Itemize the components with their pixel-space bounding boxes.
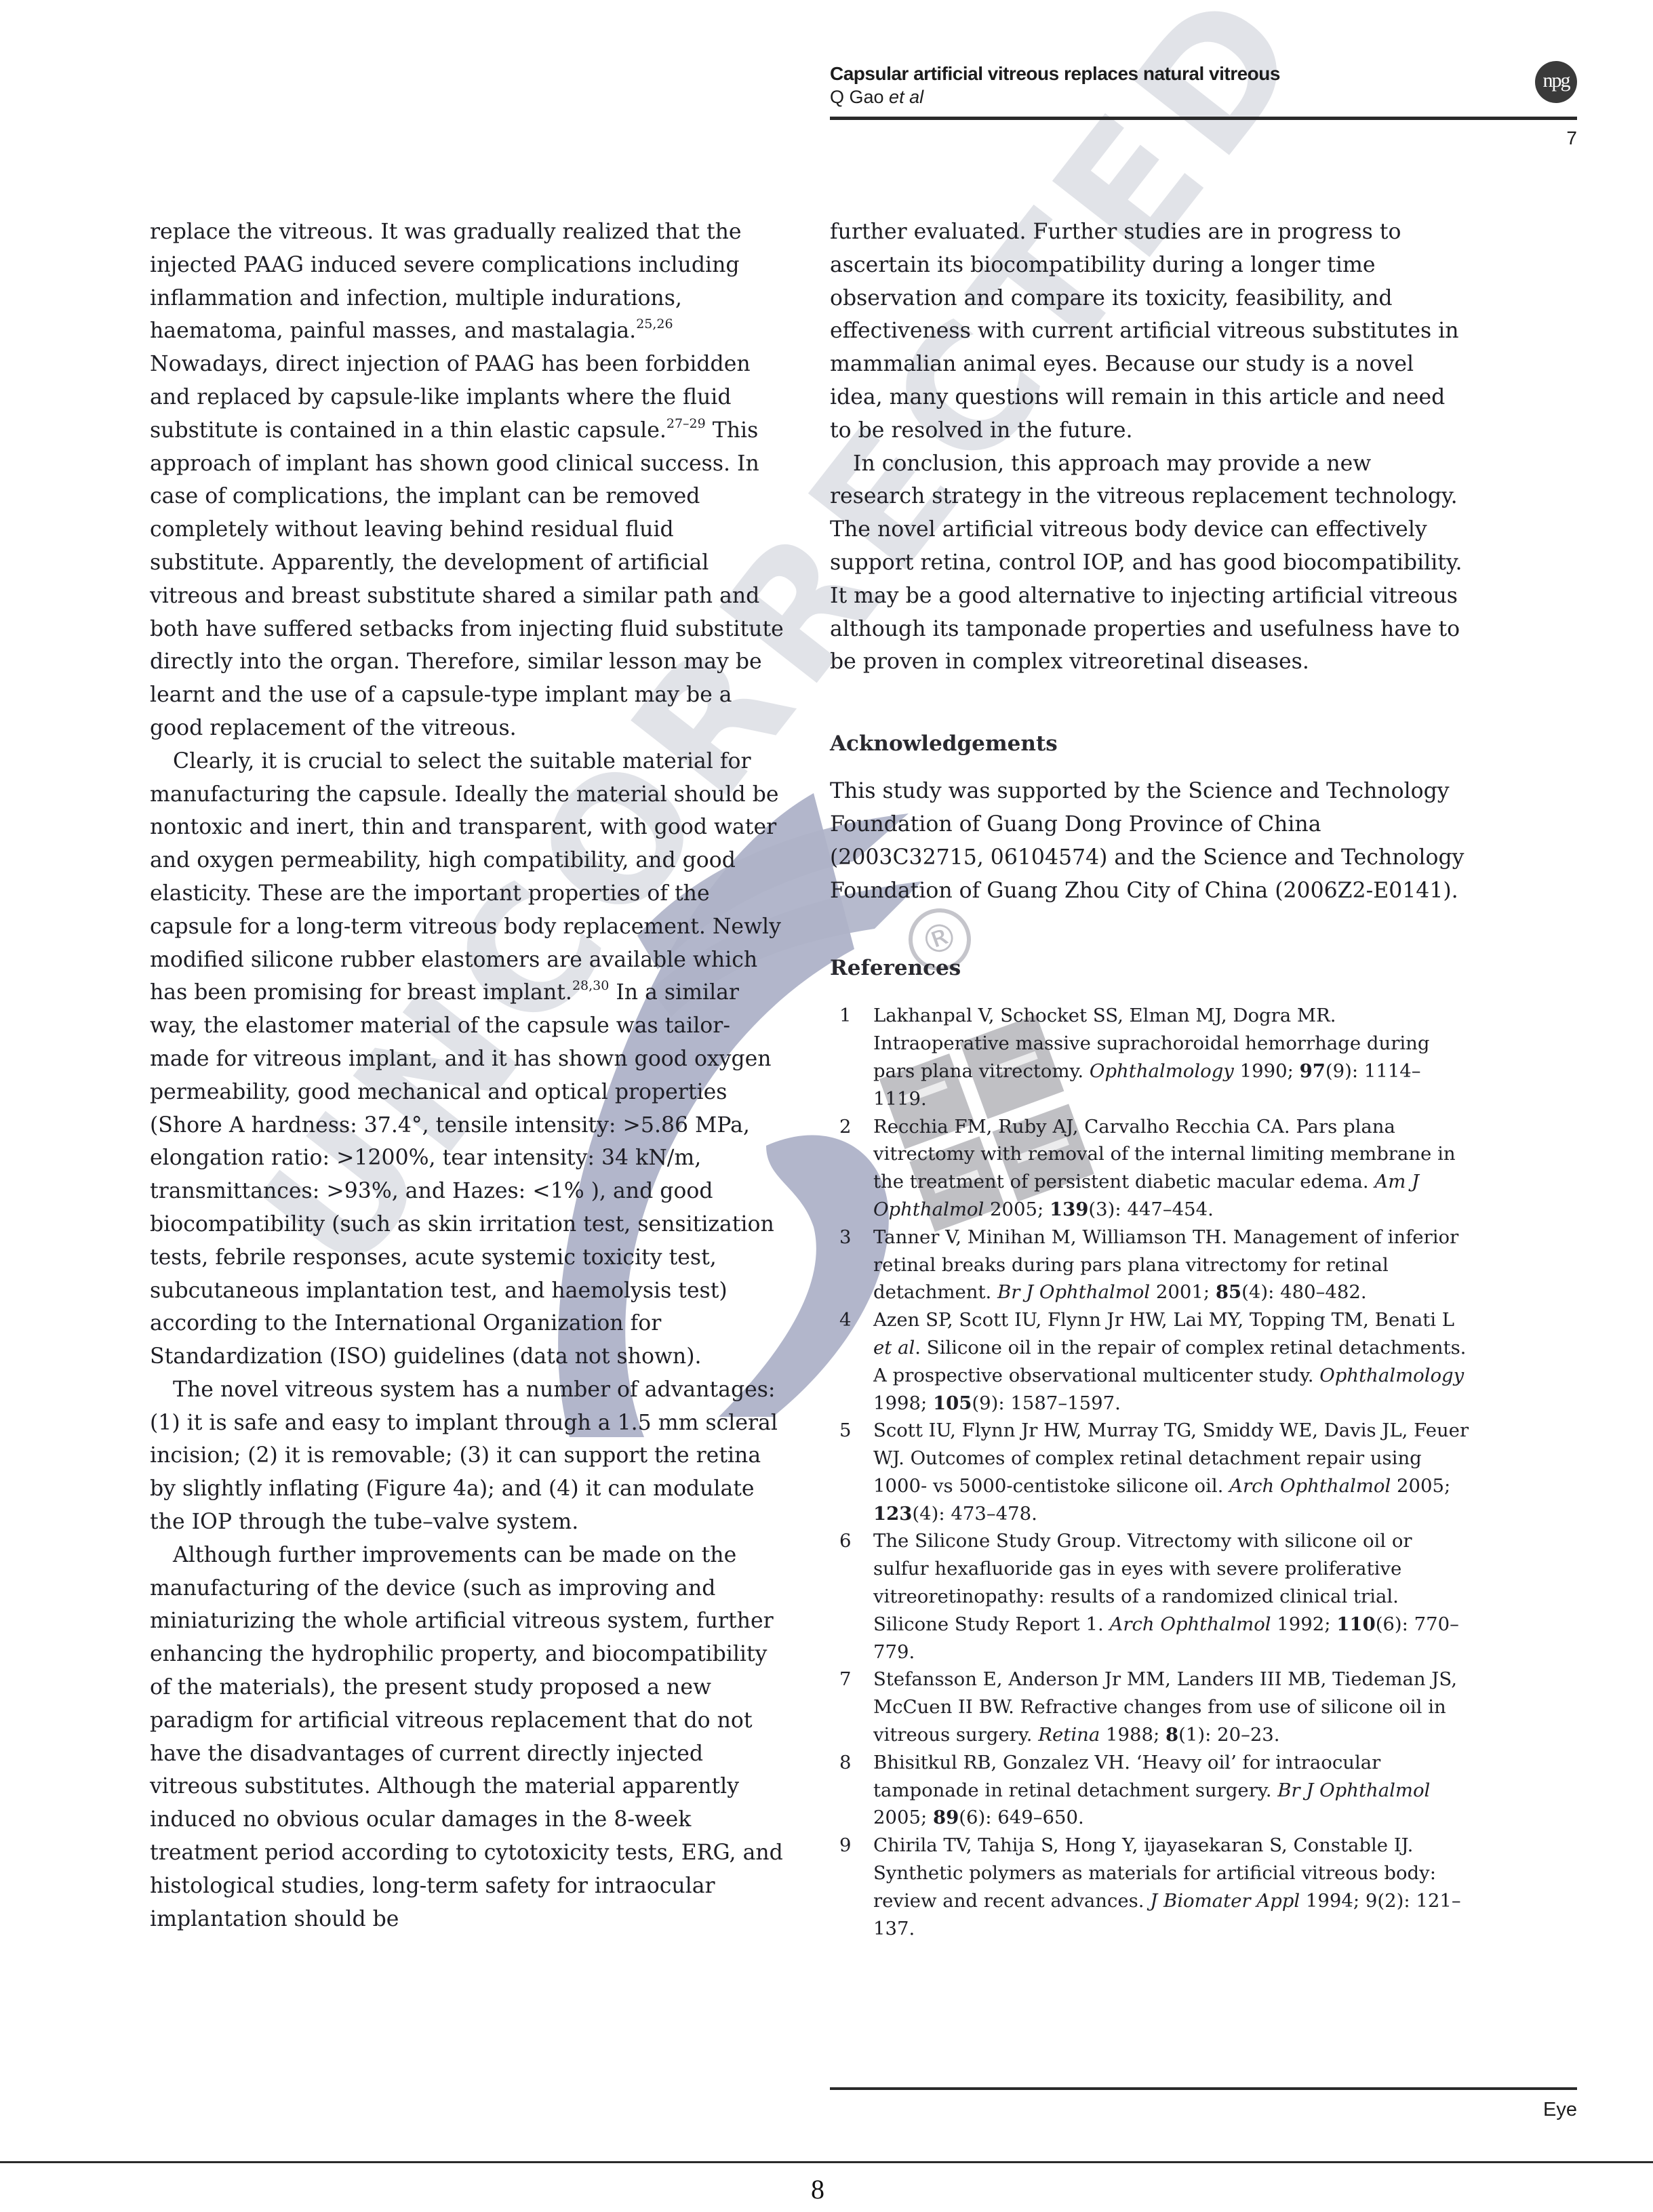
reference-pages: (9): 1587–1597.	[972, 1392, 1120, 1414]
reference-volume: 97	[1300, 1060, 1326, 1082]
reference-journal: Br J Ophthalmol	[1277, 1779, 1430, 1801]
paragraph: The novel vitreous system has a number o…	[150, 1373, 784, 1539]
reference-number: 5	[839, 1417, 852, 1445]
reference-year: 1990;	[1234, 1060, 1300, 1082]
reference-number: 1	[839, 1002, 852, 1030]
reference-journal: Ophthalmology	[1090, 1060, 1234, 1082]
reference-volume: 89	[933, 1807, 959, 1828]
reference-item: 7Stefansson E, Anderson Jr MM, Landers I…	[830, 1666, 1473, 1748]
citation-superscript: 27–29	[666, 416, 706, 431]
reference-volume: 123	[873, 1503, 912, 1525]
header-page-number: 7	[1566, 127, 1577, 149]
left-column: replace the vitreous. It was gradually r…	[150, 216, 784, 1935]
text: In a similar way, the elastomer material…	[150, 980, 774, 1369]
reference-pages: (4): 473–478.	[912, 1503, 1037, 1525]
reference-pages: (3): 447–454.	[1088, 1199, 1213, 1220]
page-divider	[0, 2161, 1653, 2163]
paragraph: replace the vitreous. It was gradually r…	[150, 216, 784, 745]
paragraph: In conclusion, this approach may provide…	[830, 447, 1473, 679]
reference-year: 2005;	[984, 1199, 1050, 1220]
citation-superscript: 25,26	[636, 317, 673, 331]
paragraph: Clearly, it is crucial to select the sui…	[150, 745, 784, 1373]
reference-journal: Br J Ophthalmol	[997, 1281, 1150, 1303]
reference-number: 3	[839, 1224, 852, 1251]
reference-pages: (1): 20–23.	[1178, 1724, 1279, 1746]
reference-journal: Retina	[1038, 1724, 1100, 1746]
reference-year: 1998;	[873, 1392, 933, 1414]
reference-journal: Arch Ophthalmol	[1109, 1613, 1271, 1635]
reference-year: 1992;	[1271, 1613, 1337, 1635]
text: Nowadays, direct injection of PAAG has b…	[150, 352, 751, 443]
header-divider	[830, 117, 1577, 120]
authors-name: Q Gao	[830, 87, 889, 107]
reference-item: 3Tanner V, Minihan M, Williamson TH. Man…	[830, 1224, 1473, 1306]
reference-item: 5Scott IU, Flynn Jr HW, Murray TG, Smidd…	[830, 1417, 1473, 1527]
reference-number: 9	[839, 1832, 852, 1859]
reference-journal: J Biomater Appl	[1150, 1890, 1300, 1912]
reference-journal: Arch Ophthalmol	[1229, 1475, 1391, 1497]
reference-item: 9Chirila TV, Tahija S, Hong Y, ijayaseka…	[830, 1832, 1473, 1942]
running-authors: Q Gao et al	[830, 85, 1577, 108]
running-header: Capsular artificial vitreous replaces na…	[830, 62, 1577, 108]
authors-etal: et al	[889, 87, 923, 107]
references-heading: References	[830, 952, 1473, 984]
reference-year: 2005;	[873, 1807, 933, 1828]
page-number: 8	[811, 2173, 824, 2205]
reference-text: Recchia FM, Ruby AJ, Carvalho Recchia CA…	[873, 1116, 1456, 1193]
reference-etal: et al	[873, 1337, 915, 1359]
paragraph: Although further improvements can be mad…	[150, 1539, 784, 1936]
reference-text: Azen SP, Scott IU, Flynn Jr HW, Lai MY, …	[873, 1309, 1454, 1331]
reference-volume: 85	[1216, 1281, 1241, 1303]
acknowledgements-text: This study was supported by the Science …	[830, 775, 1473, 907]
footer-divider	[830, 2087, 1577, 2090]
reference-year: 1994;	[1300, 1890, 1366, 1912]
reference-number: 2	[839, 1113, 852, 1141]
reference-item: 4Azen SP, Scott IU, Flynn Jr HW, Lai MY,…	[830, 1306, 1473, 1417]
reference-number: 8	[839, 1749, 852, 1777]
running-title: Capsular artificial vitreous replaces na…	[830, 62, 1577, 85]
right-column: further evaluated. Further studies are i…	[830, 216, 1473, 1942]
reference-volume: 105	[933, 1392, 972, 1414]
text: This approach of implant has shown good …	[150, 418, 784, 740]
reference-volume: 8	[1166, 1724, 1178, 1746]
reference-year: 2005;	[1391, 1475, 1450, 1497]
reference-volume: 139	[1050, 1199, 1088, 1220]
paragraph: further evaluated. Further studies are i…	[830, 216, 1473, 447]
reference-year: 2001;	[1150, 1281, 1216, 1303]
npg-logo-icon: npg	[1535, 61, 1577, 103]
reference-pages: (6): 649–650.	[959, 1807, 1083, 1828]
reference-number: 7	[839, 1666, 852, 1693]
reference-item: 1Lakhanpal V, Schocket SS, Elman MJ, Dog…	[830, 1002, 1473, 1112]
reference-list: 1Lakhanpal V, Schocket SS, Elman MJ, Dog…	[830, 1002, 1473, 1942]
reference-year: 1988;	[1100, 1724, 1166, 1746]
acknowledgements-heading: Acknowledgements	[830, 727, 1473, 760]
reference-item: 6The Silicone Study Group. Vitrectomy wi…	[830, 1527, 1473, 1666]
text: Clearly, it is crucial to select the sui…	[150, 749, 781, 1005]
reference-number: 6	[839, 1527, 852, 1555]
footer-journal-name: Eye	[1543, 2099, 1577, 2121]
citation-superscript: 28,30	[572, 978, 609, 993]
reference-journal: Ophthalmology	[1319, 1365, 1464, 1386]
reference-item: 8Bhisitkul RB, Gonzalez VH. ‘Heavy oil’ …	[830, 1749, 1473, 1832]
reference-pages: (4): 480–482.	[1241, 1281, 1366, 1303]
reference-number: 4	[839, 1306, 852, 1334]
reference-item: 2Recchia FM, Ruby AJ, Carvalho Recchia C…	[830, 1113, 1473, 1224]
reference-volume: 110	[1336, 1613, 1375, 1635]
